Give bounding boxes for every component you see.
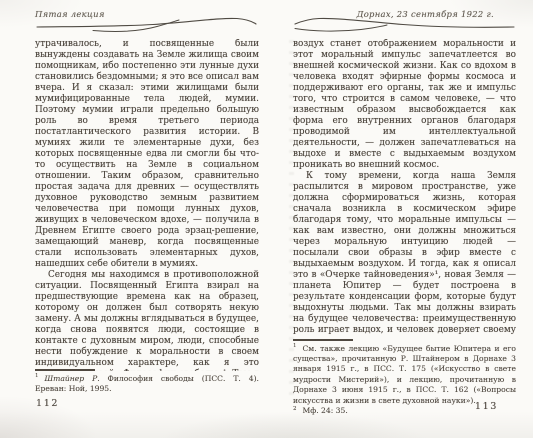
body-text-right: воздух станет отображением моральности и… — [293, 39, 516, 335]
footnote-rule — [35, 369, 95, 371]
footnote-text: См. также лекцию «Будущее бытие Юпитера … — [293, 344, 516, 405]
footnote-text: Мф. 24: 35. — [303, 406, 348, 415]
book-spread: Пятая лекция утрачивалось, и посвященные… — [0, 0, 533, 438]
right-page: Дорнах, 23 сентября 1922 г. воздух стане… — [293, 0, 516, 438]
paragraph: К тому времени, когда наша Земля распыли… — [293, 171, 516, 335]
paragraph: утрачивалось, и посвященные были вынужде… — [35, 39, 259, 270]
header-flourish-icon — [293, 15, 516, 33]
footnote-marker: 1 — [35, 373, 39, 379]
page-number-right: 113 — [475, 401, 498, 412]
footnotes-left: 1Штайнер Р. Философия свободы (ПСС. Т. 4… — [35, 369, 259, 394]
paragraph: Сегодня мы находимся в противоположной с… — [35, 270, 259, 371]
left-page: Пятая лекция утрачивалось, и посвященные… — [35, 0, 259, 438]
header-flourish-icon — [35, 15, 259, 33]
footnote-marker: 1 — [293, 343, 297, 349]
footnote: 1Штайнер Р. Философия свободы (ПСС. Т. 4… — [35, 374, 259, 395]
footnote: 1См. также лекцию «Будущее бытие Юпитера… — [293, 344, 516, 406]
paragraph: воздух станет отображением моральности и… — [293, 39, 516, 171]
footnote-rule — [293, 339, 353, 341]
book-scan: { "colors": { "paper": "#fbfaf7", "ink":… — [0, 0, 533, 438]
footnote-author: Штайнер Р. — [45, 374, 100, 383]
body-text-left: утрачивалось, и посвященные были вынужде… — [35, 39, 259, 371]
page-number-left: 112 — [36, 398, 59, 409]
footnote-marker: 2 — [293, 406, 297, 412]
